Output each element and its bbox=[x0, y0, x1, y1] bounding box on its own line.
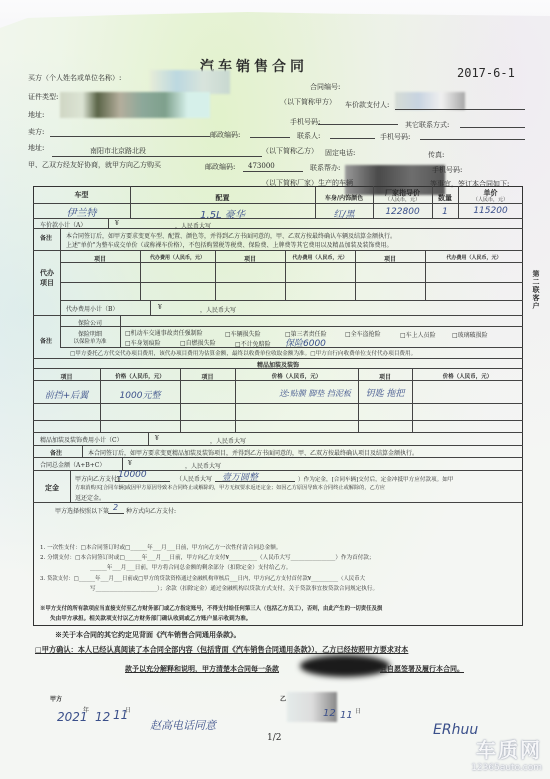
accessories-header-price-2: 价格（人民币，元） bbox=[235, 372, 358, 380]
seller-postcode-label: 邮政编码: bbox=[205, 162, 235, 172]
insurance-company-label: 保险公司 bbox=[60, 318, 120, 327]
buyer-confirmation-line2: 款予以充分解释和说明，甲方清楚本合同每一条款 bbox=[125, 664, 279, 674]
agency-header-item-2: 项目 bbox=[215, 254, 285, 263]
vehicle-remark-label: 备注 bbox=[40, 233, 52, 242]
deposit-text-line2: 方取消购买[合同车辆]或因甲方原因导致本合同终止或解除的，甲方无权要求返还定金；… bbox=[75, 484, 385, 491]
value-quantity: 1 bbox=[432, 207, 458, 217]
buyer-confirmation-line1[interactable]: □甲方确认：本人已经认真阅读了本合同全部内容（包括背面《汽车销售合同通用条款》）… bbox=[35, 645, 408, 655]
party-a-date-day-char: 日 bbox=[125, 705, 131, 714]
insurance-option-self-ignition[interactable]: □自燃损失险 bbox=[180, 338, 216, 347]
subtotal-a-label: 车价款小计（A） bbox=[40, 220, 86, 229]
contact-underline bbox=[330, 138, 375, 139]
seller-address-value: 南阳市北京路北段 bbox=[90, 146, 146, 156]
agency-section-label: 代办项目 bbox=[40, 268, 54, 288]
redacted-confirmation bbox=[300, 655, 390, 677]
deposit-amount-underline bbox=[115, 481, 170, 482]
buyer-confirmation-tail: 且自愿签署及履行本合同。 bbox=[380, 664, 464, 674]
accessories-remark-col-line bbox=[82, 445, 83, 457]
insurance-row-divider bbox=[60, 326, 523, 327]
insurance-option-compulsory[interactable]: □机动车交通事故责任强制险 bbox=[125, 328, 203, 337]
value-guide-price: 122800 bbox=[373, 207, 432, 217]
insurance-handwritten-note: 保险6000 bbox=[285, 336, 326, 349]
vehicle-remark-text-2: 上述"单价"为整车成交单价（或称裸车价格），不包括购置税等税费、保险费、上牌费等… bbox=[66, 240, 393, 249]
handler-label: 联系帮办: bbox=[310, 163, 340, 173]
accessories-row-divider bbox=[33, 403, 523, 404]
agency-row-divider bbox=[60, 282, 523, 283]
accessories-header-item-1: 项目 bbox=[33, 372, 100, 381]
agency-header-fee-1: 代办费用（人民币，元） bbox=[140, 254, 215, 261]
seller-mobile-underline bbox=[420, 139, 525, 140]
accessories-title-divider bbox=[33, 368, 523, 369]
deposit-col-line bbox=[70, 470, 71, 502]
total-divider bbox=[33, 470, 523, 471]
subtotal-a-divider bbox=[33, 228, 523, 229]
seller-postcode-value: 473000 bbox=[248, 162, 275, 170]
contract-no-label: 合同编号: bbox=[310, 82, 340, 92]
seller-address-underline bbox=[52, 156, 262, 157]
payment-notice-line2: 失由甲方承担。相关款项支付以乙方财务部门确认收到或乙方账户显示收到为准。 bbox=[50, 614, 251, 622]
other-contact-label: 其它联系方式: bbox=[405, 120, 449, 130]
party-a-date-year-char: 年 bbox=[83, 705, 89, 714]
insurance-option-passenger[interactable]: □车上人员险 bbox=[400, 330, 436, 339]
agency-header-fee-2: 代办费用（人民币，元） bbox=[285, 254, 355, 261]
party-b-date-day: 11 bbox=[340, 710, 353, 721]
payer-underline bbox=[395, 109, 525, 110]
deposit-text-prefix: 甲方向乙方支付¥ bbox=[75, 474, 121, 483]
redacted-id-info bbox=[60, 92, 210, 118]
watermark-site: 12365auto.com bbox=[471, 763, 542, 773]
header-model: 车型 bbox=[33, 190, 130, 200]
payment-option-underline bbox=[108, 513, 124, 514]
postcode-label: 邮政编码: bbox=[210, 130, 240, 140]
seller-address-label: 地址: bbox=[28, 143, 44, 153]
id-type-label: 证件类型: bbox=[28, 92, 58, 102]
accessories-remark-divider bbox=[33, 457, 523, 458]
deposit-uppercase-prefix: （人民币大写 bbox=[176, 474, 212, 483]
subtotal-b-label: 代办费用小计（B） bbox=[66, 304, 118, 313]
value-config: 1.5L 豪华 bbox=[130, 206, 315, 221]
insurance-col-line bbox=[120, 315, 121, 347]
total-col-line bbox=[122, 457, 123, 470]
fax-label: 传真: bbox=[428, 150, 444, 160]
party-a-date-month-day: 12 bbox=[95, 710, 110, 724]
fixed-phone-label: 固定电话: bbox=[325, 148, 355, 158]
party-a-label: 甲方 bbox=[50, 694, 62, 703]
handler-mobile-label: 手机号码: bbox=[432, 165, 462, 175]
accessories-header-item-2: 项目 bbox=[180, 372, 235, 381]
insurance-section-label: 备注 bbox=[40, 336, 52, 345]
buyer-mobile-underline bbox=[318, 124, 398, 125]
deposit-amount: 10000 bbox=[118, 470, 147, 480]
contact-label: 联系人: bbox=[297, 131, 320, 141]
payment-intro-prefix: 甲方选择按照以下第 bbox=[55, 506, 109, 515]
intro-text: 甲、乙双方经友好协商，就甲方向乙方购买 bbox=[28, 160, 161, 170]
accessories-header-price-3: 价格（人民币，元） bbox=[412, 372, 523, 380]
subtotal-b-col-line bbox=[150, 300, 151, 315]
subtotal-b-currency: ¥ bbox=[158, 304, 162, 311]
value-model: 伊兰特 bbox=[33, 204, 130, 219]
party-b-date-month: 12 bbox=[323, 708, 336, 719]
vehicle-remark-text-1: 本合同签订后，如甲方要求变更车型、配置、颜色等，并得到乙方书面同意的，甲、乙双方… bbox=[66, 231, 396, 240]
side-label: 第二联客户 bbox=[531, 270, 541, 310]
payment-option-2-line1[interactable]: 2. 分期支付：□本合同签订时或□______年___月___日前，甲方向乙方支… bbox=[40, 553, 375, 561]
total-label: 合同总金额（A+B+C） bbox=[40, 460, 105, 469]
total-uppercase-label: ，人民币大写 bbox=[185, 461, 221, 470]
party-b-date-day-char: 日 bbox=[355, 706, 361, 715]
subtotal-c-currency: ¥ bbox=[155, 435, 159, 442]
seller-label: 卖方: bbox=[28, 127, 44, 137]
accessories-remark-text: 本合同签订后，如甲方要求变更精品加装及装饰项目，并得到乙方书面同意的，甲、乙双方… bbox=[88, 448, 418, 457]
subtotal-a-uppercase-label: ，人民币大写 bbox=[175, 221, 211, 230]
watermark: 车质网 12365auto.com bbox=[471, 734, 542, 773]
payment-notice-line1: ※甲方支付的所有款项应当直接支付至乙方财务部门或乙方指定账号，不得支付给任何第三… bbox=[40, 604, 382, 612]
payment-chosen-option: 2 bbox=[113, 503, 118, 512]
subtotal-c-uppercase-label: ，人民币大写 bbox=[210, 436, 246, 445]
accessory-item-2-name: 送:贴膜 脚垫 挡泥板 bbox=[270, 388, 360, 400]
payment-option-3-line1[interactable]: 3. 贷款支付：□______年___月___日前或□甲方的贷款资格通过金融机构… bbox=[40, 574, 365, 582]
header-color: 车身/内饰颜色 bbox=[315, 193, 373, 202]
buyer-alias: （以下简称甲方） bbox=[280, 97, 336, 107]
insurance-option-glass[interactable]: □玻璃破损险 bbox=[452, 330, 488, 339]
payment-option-1[interactable]: 1. 一次性支付：□本合同签订时或□______年___月___日前，甲方向乙方… bbox=[40, 543, 281, 551]
total-currency: ¥ bbox=[128, 460, 132, 467]
accessory-item-1-price: 1000元整 bbox=[100, 388, 180, 401]
payment-intro-suffix: 种方式向乙方支付: bbox=[126, 506, 176, 515]
accessories-header-price-1: 价格（人民币，元） bbox=[100, 372, 180, 380]
deposit-text-line3: 返还定金。 bbox=[75, 493, 105, 502]
header-guide-price-unit: （人民币，元） bbox=[373, 196, 432, 203]
deposit-label: 定金 bbox=[45, 483, 59, 493]
seller-mobile-label: 手机号码: bbox=[380, 132, 410, 142]
buyer-label: 买方（个人姓名或单位名称）: bbox=[28, 73, 121, 83]
postcode-underline bbox=[250, 137, 290, 138]
insurance-option-theft[interactable]: □全车盗抢险 bbox=[345, 329, 381, 338]
subtotal-c-col-line bbox=[148, 432, 149, 445]
vehicle-remark-col-line bbox=[60, 228, 61, 250]
buyer-mobile-label: 手机号码: bbox=[290, 117, 320, 127]
watermark-brand: 车质网 bbox=[471, 734, 542, 763]
page-number: 1/2 bbox=[267, 733, 281, 743]
party-b-label: 乙 bbox=[280, 694, 286, 703]
insurance-section-divider bbox=[33, 358, 523, 359]
party-a-signature: 赵高电话同意 bbox=[150, 717, 216, 733]
buyer-address-label: 地址: bbox=[28, 110, 44, 120]
seller-alias: （以下简称乙方） bbox=[262, 146, 318, 156]
deposit-text-suffix: ）作为定金，[合同车辆]交付后，定金冲抵甲方应付款项。如甲 bbox=[298, 475, 453, 483]
accessories-header-divider bbox=[33, 380, 523, 381]
other-contact-underline bbox=[460, 127, 525, 128]
redacted-buyer-name bbox=[150, 70, 230, 94]
insurance-option-vehicle-damage[interactable]: □车辆损失险 bbox=[225, 329, 261, 338]
payer-label: 车价款支付人: bbox=[345, 100, 389, 110]
accessories-subtotal-divider bbox=[33, 445, 523, 446]
subtotal-a-col-line bbox=[108, 218, 109, 228]
accessory-item-3-name: 钥匙 拖把 bbox=[358, 388, 412, 400]
seller-underline bbox=[50, 136, 210, 137]
agency-section-divider bbox=[33, 315, 523, 316]
vehicle-remark-divider bbox=[33, 250, 523, 251]
accessory-item-1-name: 前挡+后翼 bbox=[33, 388, 100, 401]
header-config: 配置 bbox=[130, 193, 315, 203]
accessories-row-divider bbox=[33, 420, 523, 421]
agency-row-divider bbox=[60, 300, 523, 301]
deposit-divider bbox=[33, 502, 523, 503]
accessories-remark-label: 备注 bbox=[50, 448, 62, 457]
other-terms-notice: ※关于本合同的其它约定见背面《汽车销售合同通用条款》。 bbox=[55, 630, 241, 640]
insurance-agency-note[interactable]: □甲方委托乙方代交代办项目费用，该代办项目费用为估算金额，最终以收费单位收取金额… bbox=[70, 349, 416, 357]
version-date: 2017-6-1 bbox=[457, 66, 515, 80]
subtotal-c-label: 精品加装及装饰费用小计（C） bbox=[40, 435, 123, 444]
seller-postcode-underline bbox=[243, 171, 303, 172]
insurance-option-scratch[interactable]: □车身划痕险 bbox=[125, 338, 161, 347]
header-quantity: 数量 bbox=[432, 193, 458, 203]
header-unit-price-unit: （人民币，元） bbox=[458, 196, 523, 203]
agency-header-item-3: 项目 bbox=[355, 254, 425, 263]
value-color: 红/黑 bbox=[315, 207, 373, 220]
subtotal-a-currency: ¥ bbox=[115, 220, 119, 227]
payment-option-2-line2: ______年___月___日前，甲方将合同总金额的剩余部分（扣除定金）支付给乙… bbox=[90, 563, 291, 571]
value-unit-price: 115200 bbox=[458, 206, 523, 216]
agency-header-item-1: 项目 bbox=[60, 254, 140, 263]
insurance-option-deductible[interactable]: □不计免赔险 bbox=[235, 339, 271, 348]
accessories-row-divider bbox=[33, 432, 523, 433]
accessories-header-item-3: 项目 bbox=[358, 372, 412, 381]
deposit-uppercase-underline bbox=[215, 481, 295, 482]
insurance-detail-sub: 以保险单为准 bbox=[60, 337, 120, 345]
payment-option-3-line2: 写______________________）；余款（扣除定金）通过金融机构以… bbox=[90, 584, 378, 592]
redacted-payer bbox=[395, 92, 465, 110]
agency-header-fee-3: 代办费用（人民币，元） bbox=[425, 254, 523, 261]
subtotal-b-uppercase-label: ，人民币大写 bbox=[200, 305, 236, 314]
